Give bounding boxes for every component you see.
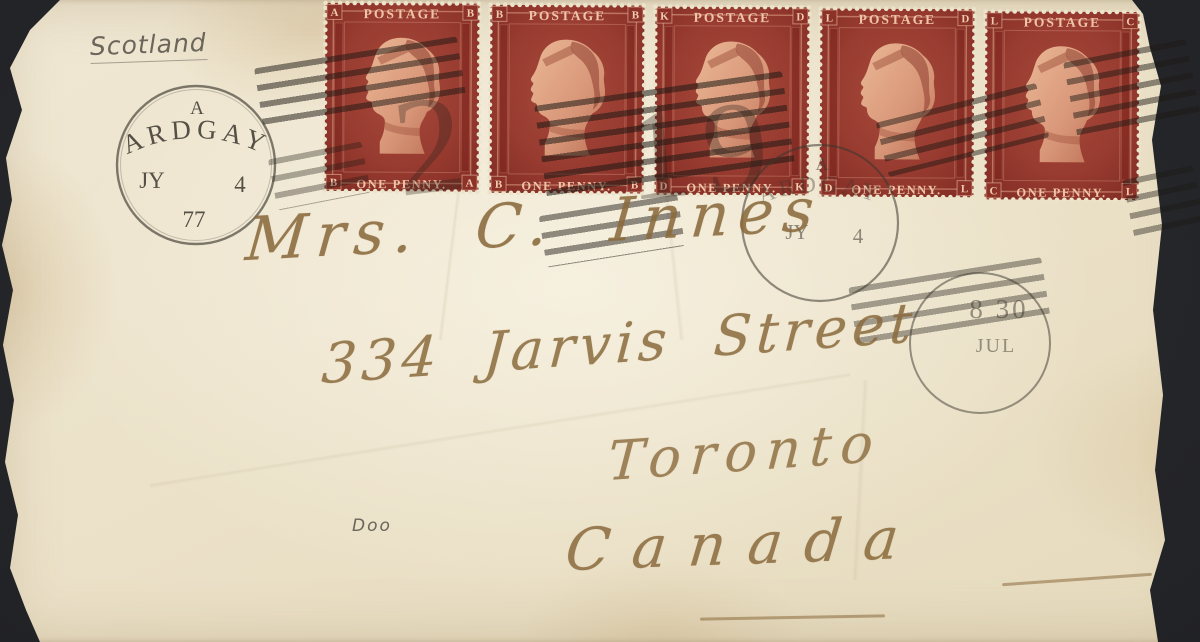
corner-letter: A xyxy=(466,178,474,190)
corner-letter: L xyxy=(826,12,833,24)
stamp-value-label: ONE PENNY. xyxy=(521,179,611,193)
corner-letter: B xyxy=(467,8,475,20)
penny-red-stamp: POSTAGE ONE PENNY. L C C L xyxy=(980,7,1143,204)
stamp-value-label: ONE PENNY. xyxy=(851,183,941,197)
stamp-value-label: ONE PENNY. xyxy=(356,177,446,191)
corner-letter: B xyxy=(496,9,504,21)
penny-red-stamp: POSTAGE ONE PENNY. B B B B xyxy=(485,1,648,198)
penny-red-stamp: POSTAGE ONE PENNY. K D D K xyxy=(650,3,813,200)
corner-letter: C xyxy=(990,185,998,197)
stamp-value-label: ONE PENNY. xyxy=(686,181,776,195)
corner-letter: D xyxy=(660,181,668,193)
corner-letter: B xyxy=(495,179,503,191)
corner-letter: K xyxy=(660,11,669,23)
stamp-postage-label: POSTAGE xyxy=(1024,15,1102,30)
corner-letter: A xyxy=(330,7,338,19)
corner-letter: D xyxy=(961,13,969,25)
penny-red-stamp: POSTAGE ONE PENNY. L D D L xyxy=(815,4,978,201)
corner-letter: B xyxy=(330,177,338,189)
corner-letter: B xyxy=(631,179,639,191)
corner-letter: C xyxy=(1126,16,1134,28)
stamp-postage-label: POSTAGE xyxy=(859,12,937,27)
stamp-strip: POSTAGE ONE PENNY. A B B A POSTAGE ONE P… xyxy=(320,0,1143,199)
stamp-postage-label: POSTAGE xyxy=(364,6,442,21)
stamp-postage-label: POSTAGE xyxy=(694,10,772,25)
corner-letter: L xyxy=(991,15,998,27)
cover-photo: Scotland Doo POSTAGE ONE PENNY. A B B A xyxy=(0,0,1200,642)
corner-letter: L xyxy=(961,183,968,195)
corner-letter: K xyxy=(795,181,804,193)
corner-letter: L xyxy=(1126,186,1133,198)
corner-letter: D xyxy=(825,182,833,194)
stamp-postage-label: POSTAGE xyxy=(529,8,607,23)
stamp-value-label: ONE PENNY. xyxy=(1016,185,1106,199)
penny-red-stamp: POSTAGE ONE PENNY. A B B A xyxy=(320,0,483,196)
corner-letter: D xyxy=(796,11,804,23)
corner-letter: B xyxy=(632,9,640,21)
